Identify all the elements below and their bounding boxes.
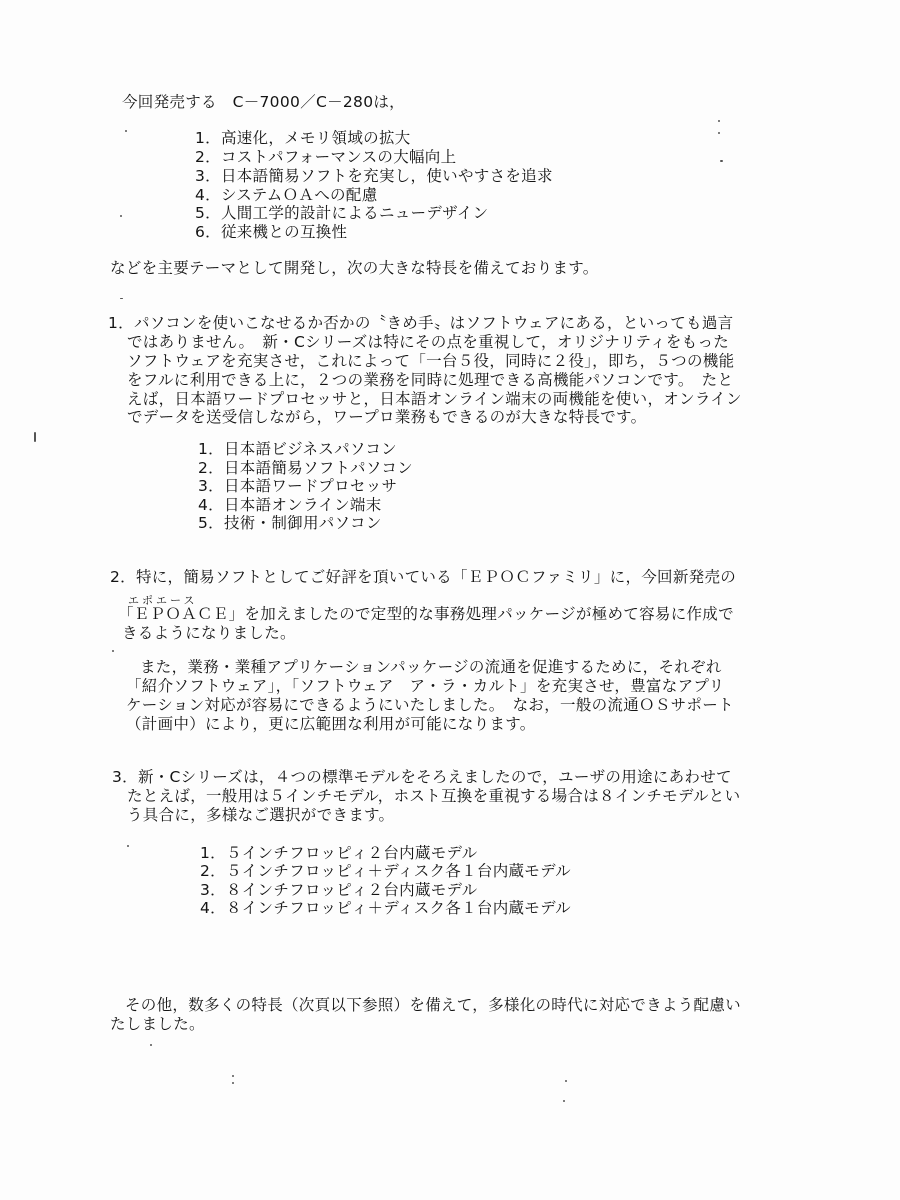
scan-speck <box>127 845 129 847</box>
scanned-document-page: 今回発売する C－7000／C－280は， 1．高速化，メモリ領域の拡大 2．コ… <box>0 0 900 1200</box>
model-item: 2．５インチフロッピィ＋ディスク各１台内蔵モデル <box>200 862 571 880</box>
section2-line: 2．特に，簡易ソフトとしてご好評を頂いている「ＥＰＯＣファミリ」に，今回新発売の <box>110 568 736 586</box>
section3-line: う具合に，多様なご選択ができます。 <box>127 806 394 824</box>
scan-speck <box>563 1100 565 1102</box>
section2-paragraph-line: （計画中）により，更に広範囲な利用が可能になります。 <box>126 715 536 733</box>
scan-speck <box>34 432 36 442</box>
theme-item: 1．高速化，メモリ領域の拡大 <box>195 129 411 147</box>
theme-item: 4．システムＯＡへの配慮 <box>195 186 377 204</box>
scan-speck <box>718 120 720 122</box>
model-item: 4．８インチフロッピィ＋ディスク各１台内蔵モデル <box>200 899 571 917</box>
section2-paragraph-line: ケーション対応が容易にできるようにいたしました。 なお，一般の流通ＯＳサポート <box>126 696 734 714</box>
function-item: 3．日本語ワードプロセッサ <box>198 477 397 495</box>
scan-speck <box>720 160 723 162</box>
section1-line: 1．パソコンを使いこなせるか否かの〝きめ手〟はソフトウェアにある，といっても過言 <box>108 314 733 332</box>
scan-speck <box>232 1082 234 1084</box>
function-item: 1．日本語ビジネスパソコン <box>198 440 397 458</box>
theme-item: 6．従来機との互換性 <box>195 223 347 241</box>
scan-speck <box>120 215 122 217</box>
section2-line: きるようになりました。 <box>122 624 296 642</box>
scan-speck <box>718 132 720 134</box>
function-item: 2．日本語簡易ソフトパソコン <box>198 459 413 477</box>
section2-paragraph-line: また，業務・業種アプリケーションパッケージの流通を促進するために，それぞれ <box>140 658 722 676</box>
scan-speck <box>232 1075 234 1077</box>
section2-line: 「ＥＰＯＡＣＥ」を加えましたので定型的な事務処理パッケージが極めて容易に作成で <box>118 605 734 623</box>
model-item: 1．５インチフロッピィ２台内蔵モデル <box>200 844 477 862</box>
function-item: 5．技術・制御用パソコン <box>198 514 382 532</box>
section1-line: ソフトウェアを充実させ，これによって「一台５役，同時に２役」，即ち，５つの機能 <box>127 352 734 370</box>
intro-closing: などを主要テーマとして開発し，次の大きな特長を備えております。 <box>110 259 599 277</box>
section1-line: えば，日本語ワードプロセッサと，日本語オンライン端末の両機能を使い，オンライン <box>127 390 742 408</box>
scan-speck <box>150 1044 152 1046</box>
section3-line: たとえば，一般用は５インチモデル，ホスト互換を重視する場合は８インチモデルとい <box>127 787 740 805</box>
scan-speck <box>125 130 127 132</box>
closing-line: たしました。 <box>110 1015 205 1033</box>
section1-line: をフルに利用できる上に，２つの業務を同時に処理できる高機能パソコンです。 たと <box>127 371 733 389</box>
theme-item: 5．人間工学的設計によるニューデザイン <box>195 204 488 222</box>
model-item: 3．８インチフロッピィ２台内蔵モデル <box>200 881 477 899</box>
scan-speck <box>565 1080 567 1082</box>
intro-lead: 今回発売する C－7000／C－280は， <box>122 93 405 111</box>
scan-speck <box>120 298 123 299</box>
scan-speck <box>112 650 114 652</box>
closing-line: その他，数多くの特長（次頁以下参照）を備えて，多様化の時代に対応できよう配慮い <box>125 996 741 1014</box>
section3-line: 3．新・Cシリーズは，４つの標準モデルをそろえましたので，ユーザの用途にあわせて <box>112 768 732 786</box>
section2-paragraph-line: 「紹介ソフトウェア」，「ソフトウェア ア・ラ・カルト」を充実させ，豊富なアプリ <box>126 677 724 695</box>
function-item: 4．日本語オンライン端末 <box>198 496 382 514</box>
section1-line: ではありません。 新・Cシリーズは特にその点を重視して，オリジナリティをもった <box>127 333 729 351</box>
theme-item: 3．日本語簡易ソフトを充実し，使いやすさを追求 <box>195 167 553 185</box>
section1-line: でデータを送受信しながら，ワープロ業務もできるのが大きな特長です。 <box>127 408 646 426</box>
theme-item: 2．コストパフォーマンスの大幅向上 <box>195 148 456 166</box>
